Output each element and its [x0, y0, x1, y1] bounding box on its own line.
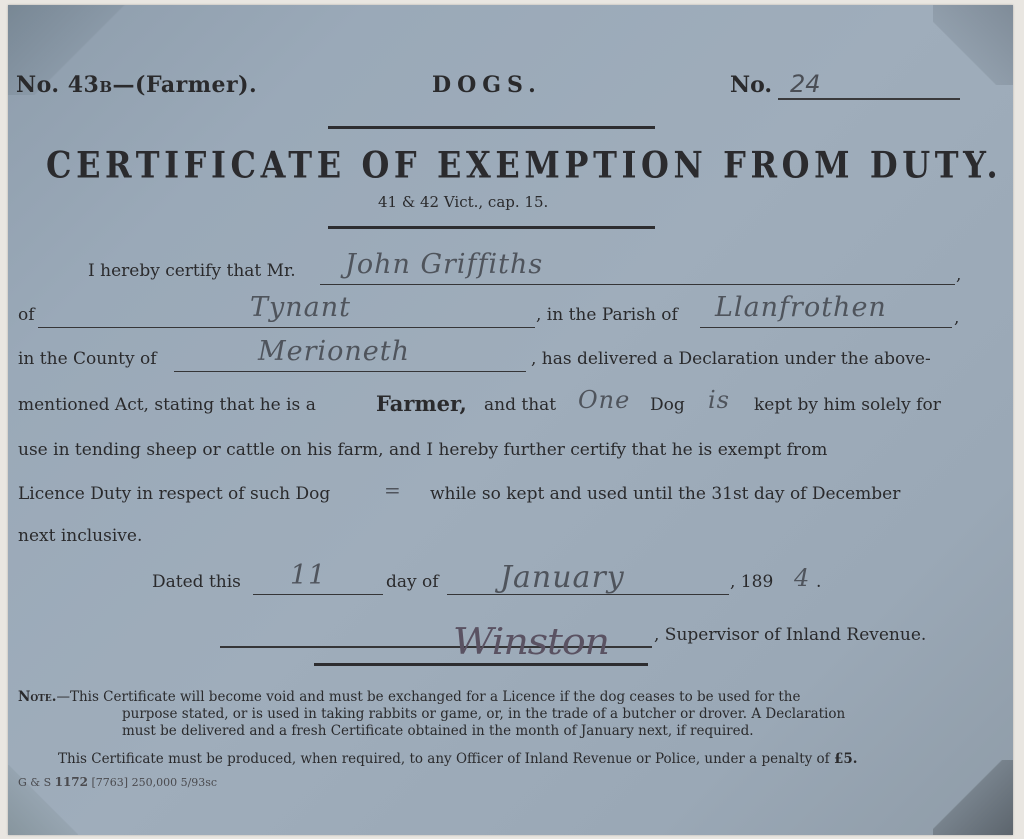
act-reference: 41 & 42 Vict., cap. 15.: [378, 193, 548, 211]
note-line-3: must be delivered and a fresh Certificat…: [122, 723, 754, 739]
licence-duty-text: Licence Duty in respect of such Dog: [18, 484, 330, 504]
note-line-1: Note.—This Certificate will become void …: [18, 689, 800, 705]
tending-text: use in tending sheep or cattle on his fa…: [18, 440, 827, 460]
title-rule-top: [328, 126, 655, 129]
residence: Tynant: [250, 292, 351, 323]
title-rule-bottom: [328, 226, 655, 229]
certificate-title: CERTIFICATE OF EXEMPTION FROM DUTY.: [46, 143, 1002, 187]
occupation: Farmer,: [376, 391, 467, 416]
of-label: of: [18, 305, 35, 325]
year-prefix: , 189: [730, 572, 773, 592]
kept-text: kept by him solely for: [754, 395, 941, 415]
printer-imprint: G & S 1172 [7763] 250,000 5/93sc: [18, 775, 217, 789]
dog-count: One: [578, 386, 630, 414]
dated-day: 11: [290, 560, 326, 591]
certificate-number-value: 24: [790, 70, 821, 98]
parish-line: [700, 327, 952, 328]
plural-strike-mark: =: [384, 478, 402, 502]
parish: Llanfrothen: [715, 292, 887, 323]
parish-label: , in the Parish of: [536, 305, 678, 325]
supervisor-title: , Supervisor of Inland Revenue.: [654, 625, 926, 645]
holder-name-line: [320, 284, 955, 285]
form-number: No. 43B—(Farmer).: [16, 72, 257, 98]
verb: is: [708, 386, 730, 414]
dated-month: January: [500, 560, 625, 595]
county: Merioneth: [258, 336, 410, 367]
county-line: [174, 371, 526, 372]
certificate-number-label: No.: [730, 72, 772, 98]
residence-line: [38, 327, 535, 328]
holder-name: John Griffiths: [345, 249, 543, 280]
and-that-text: and that: [484, 395, 556, 415]
period: .: [816, 572, 821, 592]
year-digit: 4: [794, 564, 810, 592]
note-line-2: purpose stated, or is used in taking rab…: [122, 706, 845, 722]
comma: ,: [954, 308, 959, 328]
day-line: [253, 594, 383, 595]
signature-rule: [314, 663, 648, 666]
certify-label: I hereby certify that Mr.: [88, 261, 296, 281]
county-label: in the County of: [18, 349, 157, 369]
declaration-text: , has delivered a Declaration under the …: [531, 349, 931, 369]
supervisor-signature: Winston: [453, 622, 609, 663]
comma: ,: [956, 265, 961, 285]
category-heading: DOGS.: [432, 72, 542, 98]
act-text: mentioned Act, stating that he is a: [18, 395, 316, 415]
dog-label: Dog: [650, 395, 685, 415]
certificate-number-line: [778, 98, 960, 100]
production-notice: This Certificate must be produced, when …: [58, 751, 857, 767]
folded-corner-top-right: [933, 5, 1013, 85]
day-of-label: day of: [386, 572, 439, 592]
folded-corner-bottom-right: [933, 760, 1013, 835]
inclusive-text: next inclusive.: [18, 526, 142, 546]
dated-label: Dated this: [152, 572, 241, 592]
until-text: while so kept and used until the 31st da…: [430, 484, 900, 504]
